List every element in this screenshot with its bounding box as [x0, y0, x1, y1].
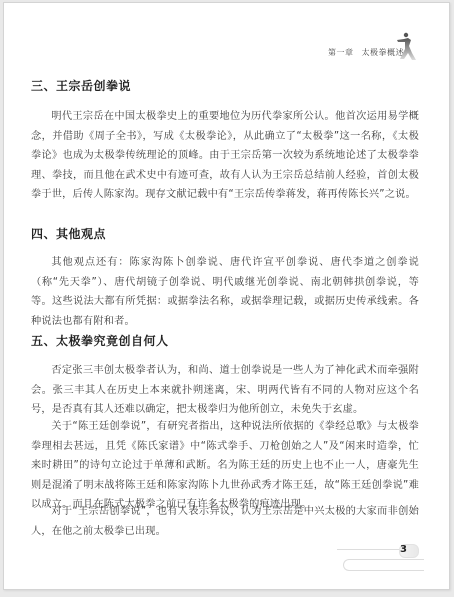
paragraph: 否定张三丰创太极拳者认为，和尚、道士创拳说是一些人为了神化武术而牵强附会。张三丰…	[31, 361, 419, 420]
page-number-badge: 3	[337, 544, 419, 570]
section-heading-5: 五、太极拳究竟创自何人	[31, 332, 169, 349]
paragraph: 对于“王宗岳创拳说”，也有人表示异议，认为王宗岳是中兴太极的大家而非创始人，在他…	[31, 502, 419, 541]
section-heading-4: 四、其他观点	[31, 225, 106, 242]
taichi-figure-icon	[395, 31, 419, 61]
paragraph: 其他观点还有：陈家沟陈卜创拳说、唐代许宣平创拳说、唐代李道之创拳说（称“先天拳”…	[31, 253, 419, 331]
running-header: 第一章太极拳概述	[328, 47, 404, 58]
paragraph: 明代王宗岳在中国太极拳史上的重要地位为历代拳家所公认。他首次运用易学概念，并借助…	[31, 107, 419, 187]
document-page: 第一章太极拳概述 三、王宗岳创拳说 明代王宗岳在中国太极拳史上的重要地位为历代拳…	[3, 2, 450, 590]
paragraph: 关于“陈王廷创拳说”，有研究者指出，这种说法所依据的《拳经总歌》与太极拳拳理相去…	[31, 417, 419, 515]
page-number: 3	[400, 544, 407, 555]
chapter-number: 第一章	[328, 48, 354, 57]
section-heading-3: 三、王宗岳创拳说	[31, 77, 131, 94]
